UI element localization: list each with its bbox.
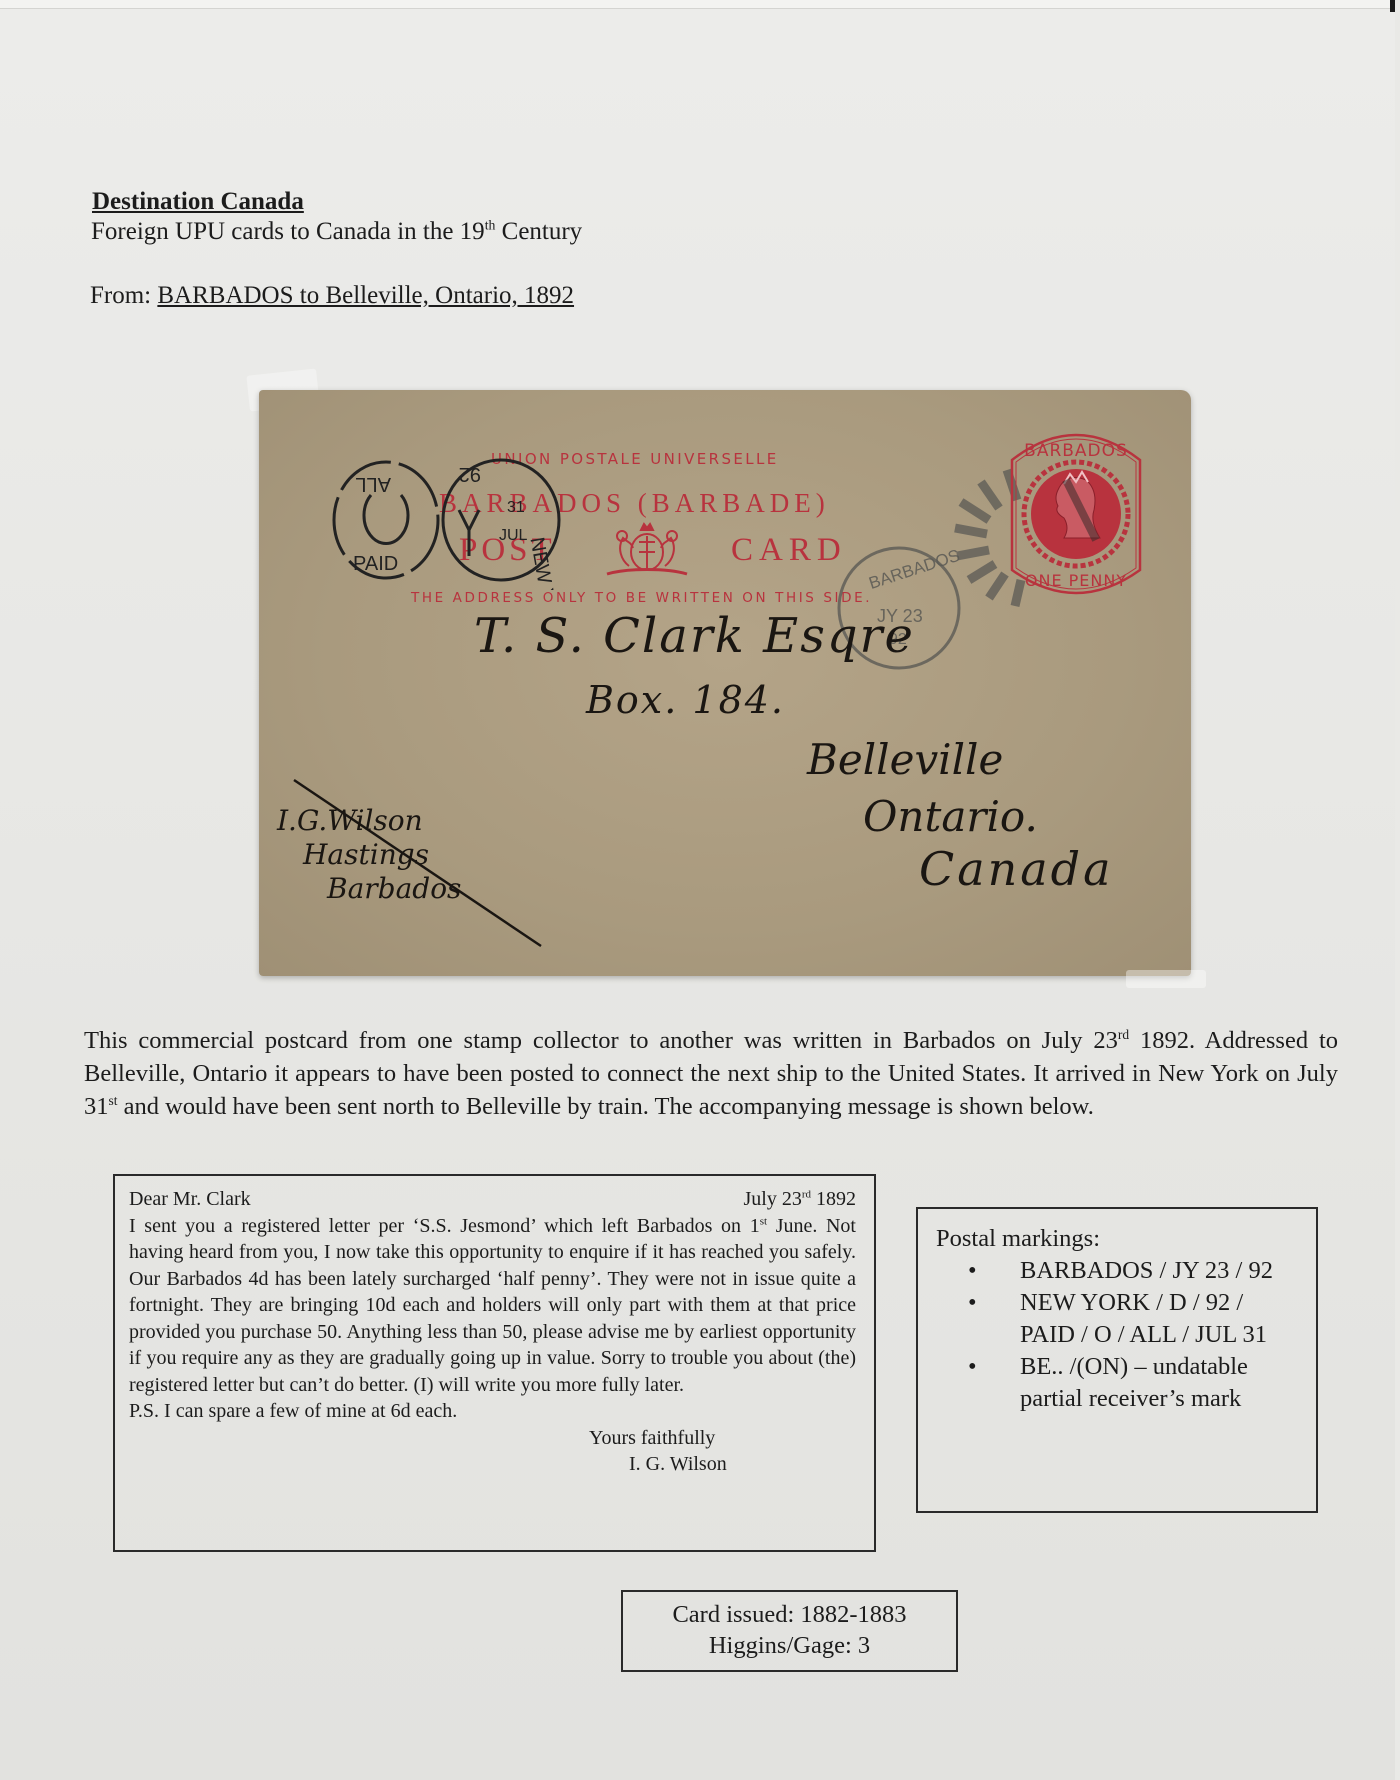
postcard: UNION POSTALE UNIVERSELLE BARBADOS (BARB… — [259, 390, 1191, 976]
letter-salutation: Dear Mr. Clark — [129, 1186, 251, 1213]
page-title: Destination Canada — [92, 188, 304, 216]
letter-signature: I. G. Wilson — [129, 1451, 856, 1478]
address-name: T. S. Clark Esqre — [474, 608, 915, 664]
message-transcription-box: Dear Mr. Clark July 23rd 1892 I sent you… — [113, 1174, 876, 1552]
postal-markings-box: Postal markings: BARBADOS / JY 23 / 92 N… — [916, 1207, 1318, 1513]
letter-date: July 23rd 1892 — [743, 1186, 856, 1213]
list-item: NEW YORK / D / 92 / PAID / O / ALL / JUL… — [1020, 1287, 1300, 1351]
svg-text:BARBADOS: BARBADOS — [1024, 441, 1128, 461]
one-penny-stamp-icon: BARBADOS ONE PENNY — [1006, 420, 1146, 606]
list-item: BARBADOS / JY 23 / 92 — [1020, 1255, 1300, 1287]
svg-text:JUL: JUL — [499, 527, 528, 544]
page-subtitle: Foreign UPU cards to Canada in the 19th … — [91, 218, 582, 246]
card-issue-box: Card issued: 1882-1883 Higgins/Gage: 3 — [621, 1590, 958, 1672]
page-top-edge — [0, 0, 1390, 9]
letter-closing: Yours faithfully — [129, 1425, 856, 1452]
album-page: Destination Canada Foreign UPU cards to … — [0, 0, 1395, 1780]
route: BARBADOS to Belleville, Ontario, 1892 — [157, 282, 574, 309]
list-item: BE.. /(ON) – undatable partial receiver’… — [1020, 1351, 1300, 1415]
mount-hinge — [1126, 970, 1206, 988]
catalogue-number: Higgins/Gage: 3 — [623, 1630, 956, 1661]
address-province: Ontario. — [863, 792, 1038, 841]
svg-text:ALL: ALL — [355, 473, 391, 495]
svg-text:31: 31 — [507, 499, 525, 516]
new-york-postmark-icon: 92 PAID ALL NEW YORK 31 JUL D — [331, 440, 631, 590]
description-paragraph: This commercial postcard from one stamp … — [84, 1024, 1338, 1123]
page-corner-shadow — [1390, 0, 1395, 12]
letter-postscript: P.S. I can spare a few of mine at 6d eac… — [129, 1398, 856, 1425]
address-box: Box. 184. — [586, 678, 785, 722]
address-city: Belleville — [807, 735, 1003, 784]
card-issued-date: Card issued: 1882-1883 — [623, 1599, 956, 1630]
address-country: Canada — [919, 842, 1114, 896]
svg-text:92: 92 — [459, 463, 481, 485]
svg-text:NEW YORK: NEW YORK — [526, 536, 567, 590]
route-line: From: BARBADOS to Belleville, Ontario, 1… — [90, 282, 574, 310]
postal-markings-title: Postal markings: — [936, 1223, 1300, 1255]
card-instruction-text: THE ADDRESS ONLY TO BE WRITTEN ON THIS S… — [411, 590, 872, 606]
svg-text:ONE PENNY: ONE PENNY — [1025, 571, 1127, 590]
letter-body: I sent you a registered letter per ‘S.S.… — [129, 1213, 856, 1399]
postal-markings-list: BARBADOS / JY 23 / 92 NEW YORK / D / 92 … — [936, 1255, 1300, 1415]
svg-text:PAID: PAID — [353, 553, 398, 575]
svg-text:BARBADOS: BARBADOS — [866, 546, 962, 593]
sender-address: I.G.Wilson Hastings Barbados — [277, 804, 497, 906]
